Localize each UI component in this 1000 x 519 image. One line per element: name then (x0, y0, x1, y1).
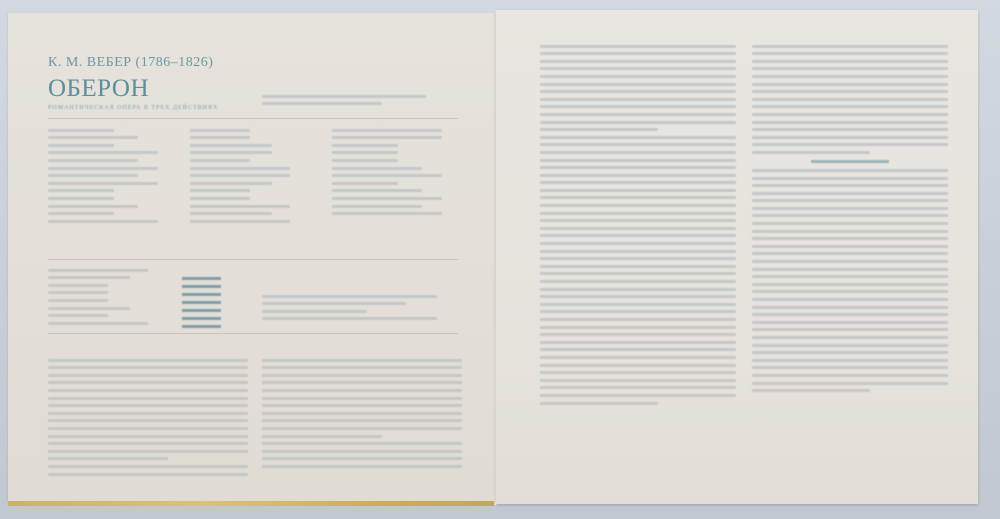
divider (48, 118, 458, 119)
liner-notes-left-1 (48, 354, 248, 480)
liner-notes-right-2 (752, 40, 948, 397)
liner-notes-left-2 (262, 354, 462, 473)
liner-notes-right-1 (540, 40, 736, 409)
section-heading (811, 160, 889, 163)
libretto-credits (262, 90, 462, 110)
track-list-side-2 (190, 124, 290, 227)
opera-title: ОБЕРОН (48, 75, 218, 103)
track-list-side-1 (48, 124, 158, 227)
divider (48, 259, 458, 260)
sleeve-header: К. М. ВЕБЕР (1786–1826) ОБЕРОН РОМАНТИЧЕ… (48, 55, 218, 111)
sleeve-gold-edge (8, 501, 494, 506)
cast-performers (182, 272, 237, 333)
divider (48, 333, 458, 334)
performance-credits (262, 290, 437, 325)
composer-name: К. М. ВЕБЕР (1786–1826) (48, 55, 218, 71)
cast-roles (48, 264, 148, 329)
opera-subtitle: РОМАНТИЧЕСКАЯ ОПЕРА В ТРЕХ ДЕЙСТВИЯХ (48, 105, 218, 111)
track-list-side-3 (332, 124, 442, 220)
